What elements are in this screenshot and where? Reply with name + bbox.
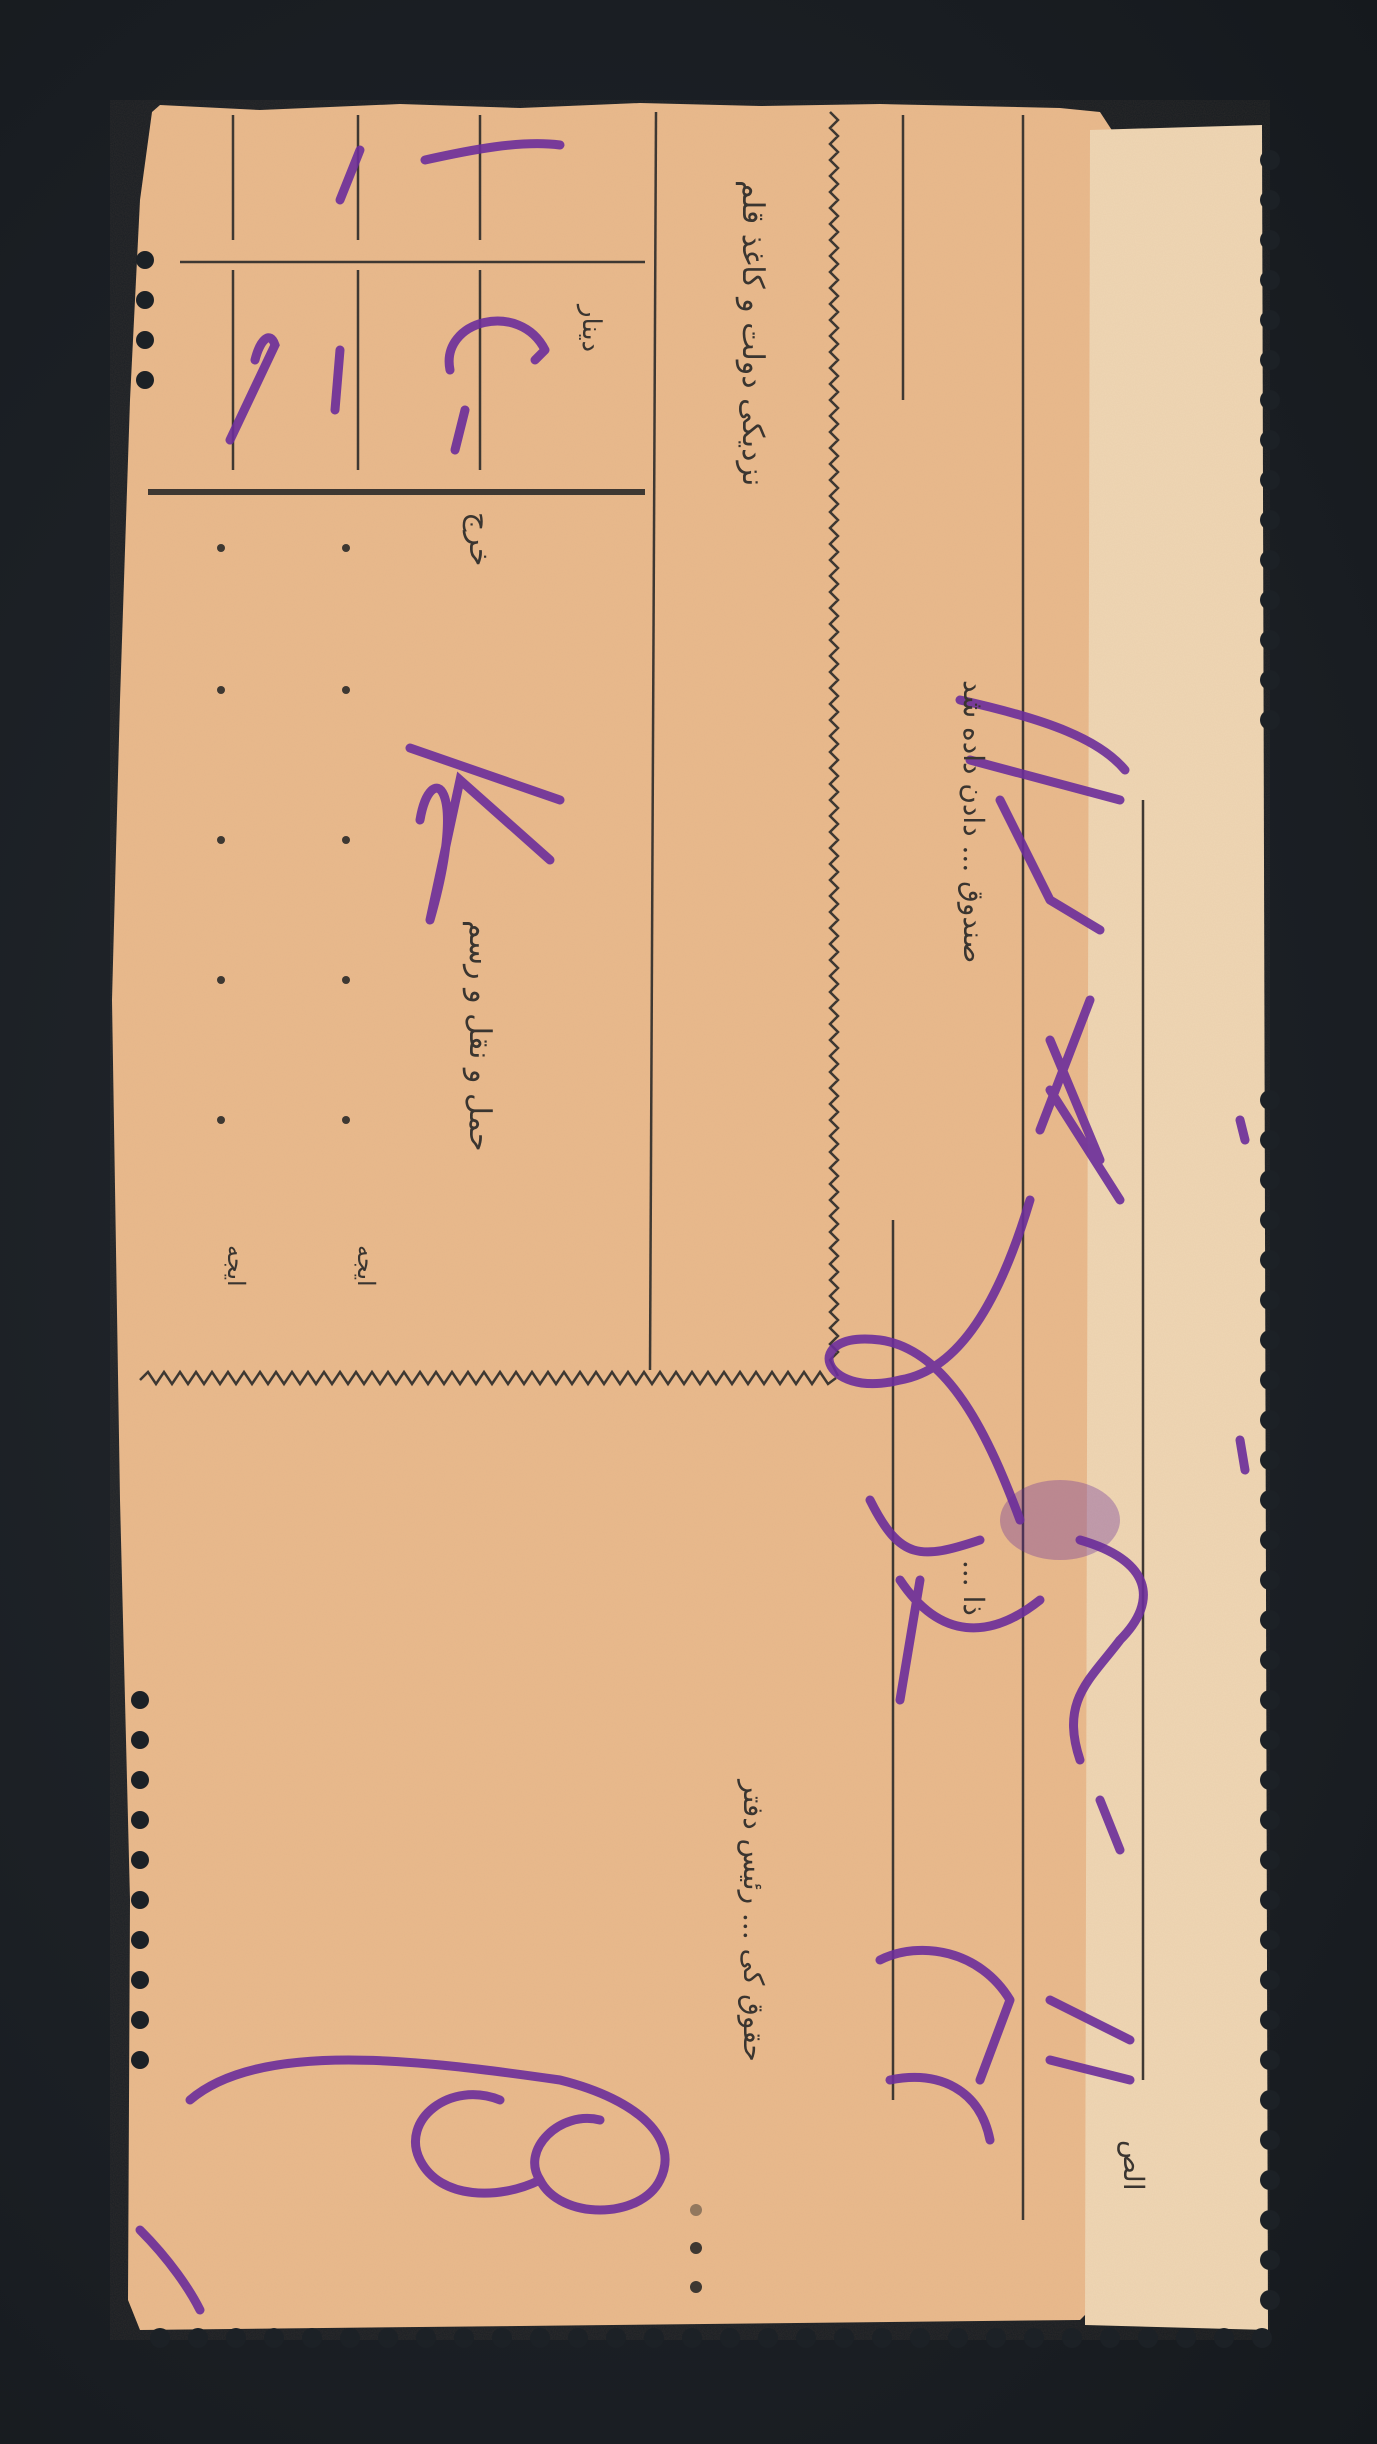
ink-blot [1000,1480,1120,1560]
right-edge-label: الص [1117,2140,1150,2191]
receipt-paper [0,0,1377,2444]
left-footer-label-1: ایجه [352,1245,380,1287]
left-column-text: حمل و نقل و رسم [462,920,497,1152]
right-column-mid-text: ذا ... [957,1560,990,1616]
left-footer-label-2: ایجه [222,1245,250,1287]
right-column-bottom-text: حقوق کی ... رئیس دفتر [737,1780,770,2062]
right-column-top-text: صندوق ... دادن داده شد [957,680,990,963]
left-header-label: دینار [576,305,606,352]
left-row-label: خرج [462,512,497,566]
middle-column-text: نزدیکی دولت و کاغذ قلم [735,180,770,486]
